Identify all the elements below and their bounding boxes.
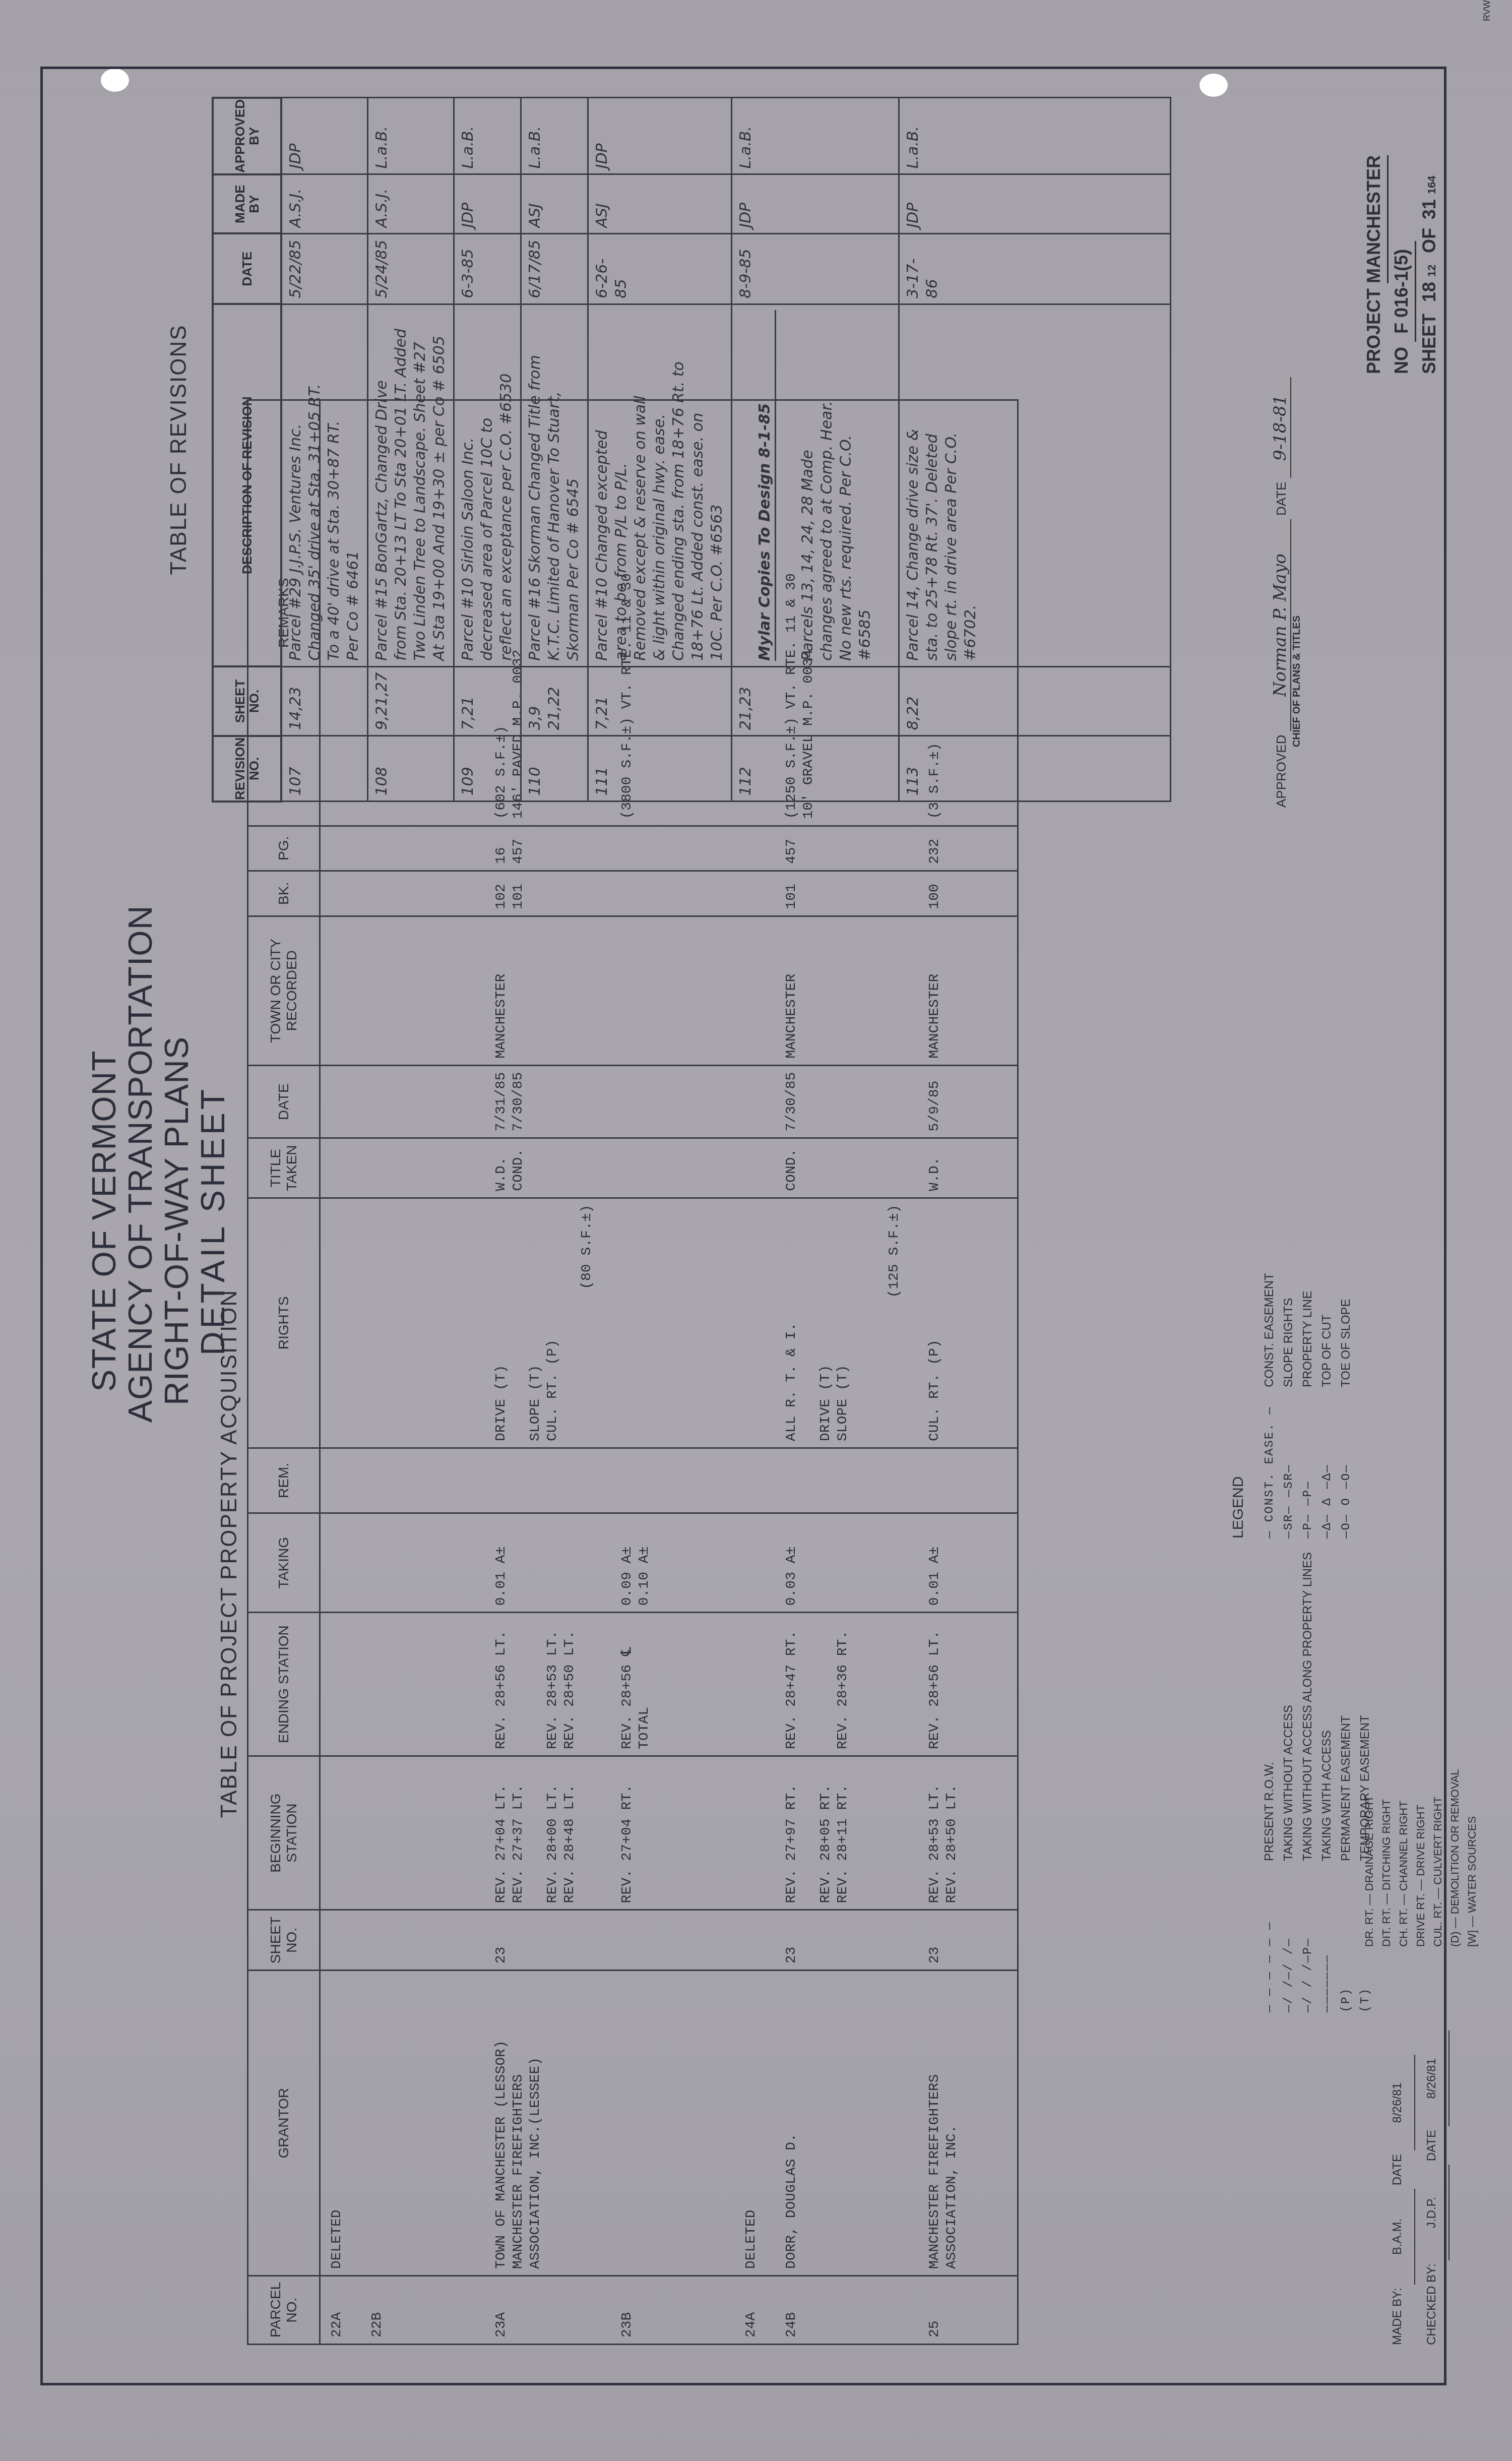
revision-date: 8-9-85: [732, 233, 899, 304]
title-taken: [320, 1138, 361, 1198]
town: [611, 916, 735, 1065]
checked-by-value: J.D.P.: [1415, 2165, 1450, 2260]
revision-approved-by: L.a.B.: [521, 98, 588, 174]
revision-sheet-no: 7,21: [588, 666, 732, 736]
date: [611, 1065, 735, 1138]
legend-label: TAKING WITHOUT ACCESS ALONG PROPERTY LIN…: [1301, 1552, 1315, 1861]
parcel-no: 22A: [320, 2276, 361, 2345]
sheet-no: [361, 1910, 485, 1971]
title-taken: [361, 1138, 485, 1198]
begin-station: REV. 27+04 RT.: [611, 1756, 735, 1910]
town: MANCHESTER: [918, 916, 1018, 1065]
revision-approved-by: L.a.B.: [899, 98, 1171, 174]
abbr-drainage: DR. RT. — DRAINAGE RIGHT: [1361, 1695, 1378, 1947]
taking: [320, 1513, 361, 1612]
revision-date: 6-3-85: [454, 233, 521, 304]
town: MANCHESTER: [485, 916, 611, 1065]
parcel-no: 22B: [361, 2276, 485, 2345]
revision-row: 111 7,21 Parcel #10 Changed excepted are…: [588, 98, 732, 802]
property-line-symbol: —P— —P—: [1301, 1387, 1315, 1539]
rights: CUL. RT. (P): [918, 1198, 1018, 1448]
of-label: OF: [1419, 228, 1439, 253]
revision-description: Parcel 14, Change drive size & sta. to 2…: [899, 304, 1171, 666]
sheet-number-current: 18: [1419, 282, 1439, 302]
project-no-label: NO: [1391, 347, 1412, 374]
const-easement-symbol: — CONST. EASE. —: [1263, 1387, 1277, 1539]
grantor: TOWN OF MANCHESTER (LESSOR) MANCHESTER F…: [485, 1971, 611, 2276]
revision-description: Parcel #15 BonGartz, Changed Drive from …: [368, 304, 454, 666]
revision-approved-by: JDP: [588, 98, 732, 174]
date: [735, 1065, 775, 1138]
checked-date-value: 8/26/81: [1415, 2031, 1450, 2126]
revision-no: 110: [521, 736, 588, 802]
legend-label: CONST. EASEMENT: [1263, 1273, 1277, 1387]
revision-no: 108: [368, 736, 454, 802]
abbr-ditching: DIT. RT. — DITCHING RIGHT: [1378, 1695, 1395, 1947]
revision-no: 112: [732, 736, 899, 802]
date: 7/30/85: [775, 1065, 918, 1138]
legend-item: —SR— —SR—SLOPE RIGHTS: [1279, 1273, 1298, 1539]
page: [320, 826, 361, 871]
end-station: [361, 1613, 485, 1756]
revision-description: Parcel #16 Skorman Changed Title from K.…: [521, 304, 588, 666]
approval-title: CHIEF OF PLANS & TITLES: [1291, 377, 1303, 747]
revision-no: 113: [899, 736, 1171, 802]
taking: 0.09 A± 0.10 A±: [611, 1513, 735, 1612]
header-title-taken: TITLE TAKEN: [248, 1138, 320, 1198]
sheet-label: SHEET: [1419, 314, 1439, 374]
grantor: DELETED: [735, 1971, 775, 2276]
acquisition-table-title: TABLE OF PROJECT PROPERTY ACQUISITION: [217, 999, 242, 2108]
project-block: PROJECT MANCHESTER NO F 016-1(5) SHEET 1…: [1361, 155, 1446, 374]
legend-left-column: — — — — — —PRESENT R.O.W. —/ /—/ /—TAKIN…: [1260, 1552, 1375, 2012]
made-date-label: DATE: [1391, 2154, 1404, 2185]
end-station: [735, 1613, 775, 1756]
title-block: STATE OF VERMONT AGENCY OF TRANSPORTATIO…: [86, 1019, 231, 1423]
project-label: PROJECT: [1363, 288, 1384, 374]
legend-item: — — — — — —PRESENT R.O.W.: [1260, 1552, 1279, 2012]
abbr-water-sources-icon: [W] — WATER SOURCES: [1464, 1695, 1481, 1947]
revision-date: 6/17/85: [521, 233, 588, 304]
book: 102 101: [485, 871, 611, 916]
revision-approved-by: L.a.B.: [454, 98, 521, 174]
project-no: F 016-1(5): [1389, 241, 1416, 342]
rights-list: ALL R. T. & I. DRIVE (T) SLOPE (T): [784, 1323, 851, 1441]
book: 100: [918, 871, 1018, 916]
signoff-block: MADE BY: B.A.M. DATE 8/26/81 CHECKED BY:…: [1381, 2031, 1450, 2345]
approval-date-label: DATE: [1274, 482, 1289, 516]
revision-made-by: ASJ: [521, 174, 588, 233]
legend-label: TAKING WITHOUT ACCESS: [1282, 1705, 1296, 1861]
header-bk: BK.: [248, 871, 320, 916]
grantor: [361, 1971, 485, 2276]
end-station: REV. 28+47 RT. REV. 28+36 RT.: [775, 1613, 918, 1756]
revision-made-by: A.S.J.: [368, 174, 454, 233]
rights-area: (80 S.F.±): [544, 1205, 596, 1289]
page: 232: [918, 826, 1018, 871]
date: [320, 1065, 361, 1138]
header-parcel: PARCEL NO.: [248, 2276, 320, 2345]
begin-station: [361, 1756, 485, 1910]
header-grantor: GRANTOR: [248, 1971, 320, 2276]
legend-item: — CONST. EASE. —CONST. EASEMENT: [1260, 1273, 1279, 1539]
abbr-demolition-icon: (D) — DEMOLITION OR REMOVAL: [1446, 1695, 1464, 1947]
grantor: DORR, DOUGLAS D.: [775, 1971, 918, 2276]
taking-along-property-lines-symbol: —/ / /—P—: [1301, 1861, 1315, 2012]
title-plans: RIGHT-OF-WAY PLANS: [158, 1019, 195, 1423]
legend-label: SLOPE RIGHTS: [1282, 1298, 1296, 1387]
legend-label: PROPERTY LINE: [1301, 1291, 1315, 1387]
revision-description-text: Parcels 13, 14, 24, 28 Made changes agre…: [798, 310, 875, 661]
sheet-no: 23: [918, 1910, 1018, 1971]
permanent-easement-symbol: (P): [1340, 1861, 1353, 2012]
sheet-no: 23: [775, 1910, 918, 1971]
revision-made-by: JDP: [732, 174, 899, 233]
taking: [735, 1513, 775, 1612]
made-by-label: MADE BY:: [1391, 2288, 1404, 2345]
revision-row: 113 8,22 Parcel 14, Change drive size & …: [899, 98, 1171, 802]
legend-item: —P— —P—PROPERTY LINE: [1298, 1273, 1317, 1539]
revision-sheet-no: 3,9 21,22: [521, 666, 588, 736]
legend-right-column: — CONST. EASE. —CONST. EASEMENT —SR— —SR…: [1260, 1273, 1356, 1539]
rights: [735, 1198, 775, 1448]
header-end-station: ENDING STATION: [248, 1613, 320, 1756]
header-approved-by: APPROVED BY: [213, 98, 281, 174]
abbr-drive: DRIVE RT. — DRIVE RIGHT: [1412, 1695, 1429, 1947]
header-pg: PG.: [248, 826, 320, 871]
header-sheet: SHEET NO.: [248, 1910, 320, 1971]
grantor: MANCHESTER FIREFIGHTERS ASSOCIATION, INC…: [918, 1971, 1018, 2276]
sheet-no: [611, 1910, 735, 1971]
revision-made-by: JDP: [899, 174, 1171, 233]
approval-block: APPROVED Norman P. Mayo DATE 9-18-81 CHI…: [1270, 377, 1303, 808]
revision-description: Parcel #29 J.J.P.S. Ventures Inc. Change…: [281, 304, 368, 666]
header-rights: RIGHTS: [248, 1198, 320, 1448]
book: [611, 871, 735, 916]
header-revision-no: REVISION NO.: [213, 736, 281, 802]
rem: [485, 1448, 611, 1513]
rem: [320, 1448, 361, 1513]
header-date: DATE: [248, 1065, 320, 1138]
legend-item: —Δ— Δ —Δ—TOP OF CUT: [1317, 1273, 1337, 1539]
revision-no: 107: [281, 736, 368, 802]
abbreviations: DR. RT. — DRAINAGE RIGHT DIT. RT. — DITC…: [1361, 1695, 1481, 1947]
revision-sheet-no: 8,22: [899, 666, 1171, 736]
legend-label: TAKING WITH ACCESS: [1320, 1730, 1334, 1861]
revisions-table-title: TABLE OF REVISIONS: [166, 97, 192, 803]
rights: [611, 1198, 735, 1448]
revision-made-by: JDP: [454, 174, 521, 233]
revision-no: 109: [454, 736, 521, 802]
legend-label: TOE OF SLOPE: [1339, 1299, 1353, 1387]
end-station: [320, 1613, 361, 1756]
rem: [775, 1448, 918, 1513]
page: [611, 826, 735, 871]
legend-item: —/ / /—P—TAKING WITHOUT ACCESS ALONG PRO…: [1298, 1552, 1317, 2012]
sheet-total-old: 31: [1419, 199, 1439, 219]
sheet-number-old: 12: [1425, 265, 1438, 277]
begin-station: REV. 28+53 LT. REV. 28+50 LT.: [918, 1756, 1018, 1910]
legend-label: TOP OF CUT: [1320, 1315, 1334, 1387]
taking-without-access-symbol: —/ /—/ /—: [1282, 1861, 1296, 2012]
header-rev-date: DATE: [213, 233, 281, 304]
made-date-value: 8/26/81: [1381, 2055, 1415, 2150]
parcel-no: 24B: [775, 2276, 918, 2345]
revision-approved-by: JDP: [281, 98, 368, 174]
revision-description: Mylar Copies To Design 8-1-85 Parcels 13…: [732, 304, 899, 666]
legend-label: PRESENT R.O.W.: [1263, 1762, 1277, 1861]
begin-station: REV. 27+97 RT. REV. 28+05 RT. REV. 28+11…: [775, 1756, 918, 1910]
revisions-header-row: REVISION NO. SHEET NO. DESCRIPTION OF RE…: [213, 98, 281, 802]
approval-date: 9-18-81: [1270, 377, 1291, 478]
parcel-no: 23B: [611, 2276, 735, 2345]
approved-label: APPROVED: [1274, 735, 1289, 808]
rights: DRIVE (T) SLOPE (T) CUL. RT. (P) (80 S.F…: [485, 1198, 611, 1448]
town: [361, 916, 485, 1065]
header-town: TOWN OR CITY RECORDED: [248, 916, 320, 1065]
legend-item: —O— O —O—TOE OF SLOPE: [1337, 1273, 1356, 1539]
taking: [361, 1513, 485, 1612]
toe-of-slope-symbol: —O— O —O—: [1340, 1387, 1353, 1539]
made-by-value: B.A.M.: [1381, 2189, 1415, 2285]
drawing-sheet: STATE OF VERMONT AGENCY OF TRANSPORTATIO…: [0, 0, 1512, 2461]
header-made-by: MADE BY: [213, 174, 281, 233]
header-begin-station: BEGINNING STATION: [248, 1756, 320, 1910]
end-station: REV. 28+56 LT. REV. 28+53 LT. REV. 28+50…: [485, 1613, 611, 1756]
checked-date-label: DATE: [1425, 2130, 1438, 2161]
revision-description: Parcel #10 Sirloin Saloon Inc. decreased…: [454, 304, 521, 666]
legend-title: LEGEND: [1230, 1476, 1247, 1539]
date: 5/9/85: [918, 1065, 1018, 1138]
checked-by-label: CHECKED BY:: [1425, 2264, 1438, 2345]
rights-area: (125 S.F.±): [835, 1205, 903, 1298]
title-taken: W.D. COND.: [485, 1138, 611, 1198]
book: [735, 871, 775, 916]
legend-item: —/ /—/ /—TAKING WITHOUT ACCESS: [1279, 1552, 1298, 2012]
rights: [320, 1198, 361, 1448]
begin-station: [320, 1756, 361, 1910]
begin-station: [735, 1756, 775, 1910]
sheet-no: [735, 1910, 775, 1971]
page: [361, 826, 485, 871]
rights: [361, 1198, 485, 1448]
title-taken: COND.: [775, 1138, 918, 1198]
made-by-line: MADE BY: B.A.M. DATE 8/26/81: [1381, 2031, 1415, 2345]
book: [361, 871, 485, 916]
revision-date: 5/24/85: [368, 233, 454, 304]
sheet-no: 23: [485, 1910, 611, 1971]
revision-row: 109 7,21 Parcel #10 Sirloin Saloon Inc. …: [454, 98, 521, 802]
title-taken: [735, 1138, 775, 1198]
rights: ALL R. T. & I. DRIVE (T) SLOPE (T) (125 …: [775, 1198, 918, 1448]
rights-list: DRIVE (T) SLOPE (T) CUL. RT. (P): [493, 1339, 560, 1441]
taking: 0.01 A±: [918, 1513, 1018, 1612]
revision-approved-by: L.a.B.: [732, 98, 899, 174]
end-station: REV. 28+56 LT.: [918, 1613, 1018, 1756]
revision-approved-by: L.a.B.: [368, 98, 454, 174]
rem: [361, 1448, 485, 1513]
book: 101: [775, 871, 918, 916]
town: [735, 916, 775, 1065]
grantor: [611, 1971, 735, 2276]
present-row-symbol: — — — — — —: [1263, 1861, 1277, 2012]
corner-mark: RVW: [1482, 0, 1492, 21]
header-rem: REM.: [248, 1448, 320, 1513]
abbr-channel: CH. RT. — CHANNEL RIGHT: [1395, 1695, 1412, 1947]
revision-row: 108 9,21,27 Parcel #15 BonGartz, Changed…: [368, 98, 454, 802]
book: [320, 871, 361, 916]
legend-label: PERMANENT EASEMENT: [1339, 1715, 1353, 1861]
rem: [735, 1448, 775, 1513]
town: [320, 916, 361, 1065]
slope-rights-symbol: —SR— —SR—: [1282, 1387, 1296, 1539]
header-taking: TAKING: [248, 1513, 320, 1612]
legend-item: (P)PERMANENT EASEMENT: [1337, 1552, 1356, 2012]
page: [735, 826, 775, 871]
grantor: DELETED: [320, 1971, 361, 2276]
mylar-note: Mylar Copies To Design 8-1-85: [755, 310, 776, 661]
header-sheet-no: SHEET NO.: [213, 666, 281, 736]
abbr-culvert: CUL. RT. — CULVERT RIGHT: [1429, 1695, 1446, 1947]
header-description: DESCRIPTION OF REVISION: [213, 304, 281, 666]
revision-made-by: ASJ: [588, 174, 732, 233]
date: 7/31/85 7/30/85: [485, 1065, 611, 1138]
revision-row: 112 21,23 Mylar Copies To Design 8-1-85 …: [732, 98, 899, 802]
begin-station: REV. 27+04 LT. REV. 27+37 LT. REV. 28+00…: [485, 1756, 611, 1910]
taking: 0.01 A±: [485, 1513, 611, 1612]
legend-item: ———————TAKING WITH ACCESS: [1317, 1552, 1337, 2012]
revision-sheet-no: 7,21: [454, 666, 521, 736]
revision-sheet-no: 21,23: [732, 666, 899, 736]
parcel-no: 24A: [735, 2276, 775, 2345]
town: MANCHESTER: [775, 916, 918, 1065]
page: 16 457: [485, 826, 611, 871]
checked-by-line: CHECKED BY: J.D.P. DATE 8/26/81: [1415, 2031, 1450, 2345]
date: [361, 1065, 485, 1138]
revisions-table: REVISION NO. SHEET NO. DESCRIPTION OF RE…: [212, 97, 1171, 803]
revision-row: 110 3,9 21,22 Parcel #16 Skorman Changed…: [521, 98, 588, 802]
revision-date: 6-26-85: [588, 233, 732, 304]
revision-no: 111: [588, 736, 732, 802]
page: 457: [775, 826, 918, 871]
revision-row: 107 14,23 Parcel #29 J.J.P.S. Ventures I…: [281, 98, 368, 802]
sheet-total-current: 164: [1425, 176, 1438, 195]
revision-date: 3-17-86: [899, 233, 1171, 304]
title-state: STATE OF VERMONT: [86, 1019, 122, 1423]
approval-signature: Norman P. Mayo: [1270, 519, 1291, 731]
taking-with-access-symbol: ———————: [1320, 1861, 1334, 2012]
rem: [918, 1448, 1018, 1513]
parcel-no: 25: [918, 2276, 1018, 2345]
revision-sheet-no: 14,23: [281, 666, 368, 736]
project-name: MANCHESTER: [1361, 155, 1389, 283]
revision-made-by: A.S.J.: [281, 174, 368, 233]
sheet-no: [320, 1910, 361, 1971]
revision-description: Parcel #10 Changed excepted area to be f…: [588, 304, 732, 666]
top-of-cut-symbol: —Δ— Δ —Δ—: [1320, 1387, 1334, 1539]
title-taken: W.D.: [918, 1138, 1018, 1198]
rem: [611, 1448, 735, 1513]
taking: 0.03 A±: [775, 1513, 918, 1612]
sheet-total: 31 164: [1416, 172, 1446, 223]
end-station: REV. 28+56 ℄ TOTAL: [611, 1613, 735, 1756]
revision-sheet-no: 9,21,27: [368, 666, 454, 736]
revision-date: 5/22/85: [281, 233, 368, 304]
parcel-no: 23A: [485, 2276, 611, 2345]
title-taken: [611, 1138, 735, 1198]
sheet-number: 18 12: [1416, 258, 1446, 309]
title-agency: AGENCY OF TRANSPORTATION: [122, 1019, 158, 1423]
